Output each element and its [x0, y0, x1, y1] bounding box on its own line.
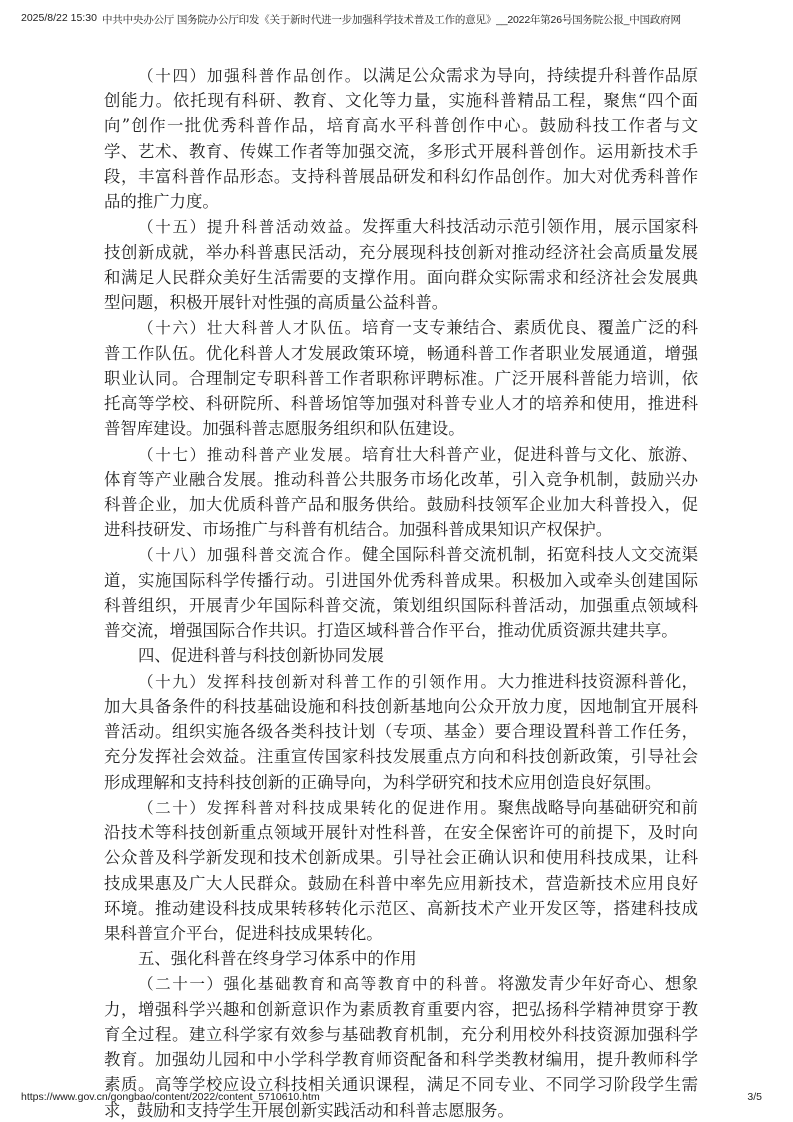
paragraph-line: 道，实施国际科学传播行动。引进国外优秀科普成果。积极加入或牵头创建国际 [104, 568, 698, 593]
paragraph-line: 科普企业，加大优质科普产品和服务供给。鼓励科技领军企业加大科普投入，促 [104, 492, 698, 517]
item-heading: （十五）提升科普活动效益。 [138, 218, 362, 236]
paragraph-first-line: （十七）推动科普产业发展。培育壮大科普产业，促进科普与文化、旅游、 [104, 442, 698, 467]
paragraph-line: 育全过程。建立科学家有效参与基础教育机制，充分利用校外科技资源加强科学 [104, 1022, 698, 1047]
paragraph-line: 品的推广力度。 [104, 189, 698, 214]
section-heading-4: 四、促进科普与科技创新协同发展 [104, 643, 698, 668]
paragraph-line: 职业认同。合理制定专职科普工作者职称评聘标准。广泛开展科普能力培训，依 [104, 366, 698, 391]
print-datetime: 2025/8/22 15:30 [21, 12, 97, 24]
paragraph-line: 普交流，增强国际合作共识。打造区域科普合作平台，推动优质资源共建共享。 [104, 618, 698, 643]
paragraph-line: 向”创作一批优秀科普作品，培育高水平科普创作中心。鼓励科技工作者与文 [104, 113, 698, 138]
item-heading: （十九）发挥科技创新对科普工作的引领作用。 [138, 673, 498, 691]
item-heading: （二十一）强化基础教育和高等教育中的科普。 [138, 975, 498, 993]
item-heading: （十六）壮大科普人才队伍。 [138, 319, 362, 337]
paragraph-line: 沿技术等科技创新重点领域开展针对性科普，在安全保密许可的前提下，及时向 [104, 820, 698, 845]
paragraph-line: 充分发挥社会效益。注重宣传国家科技发展重点方向和科技创新政策，引导社会 [104, 744, 698, 769]
paragraph-first-line: （十六）壮大科普人才队伍。培育一支专兼结合、素质优良、覆盖广泛的科 [104, 315, 698, 340]
paragraph-first-line: （十九）发挥科技创新对科普工作的引领作用。大力推进科技资源科普化， [104, 669, 698, 694]
paragraph-17: （十七）推动科普产业发展。培育壮大科普产业，促进科普与文化、旅游、 体育等产业融… [104, 442, 698, 543]
paragraph-line: 果科普宣介平台，促进科技成果转化。 [104, 921, 698, 946]
paragraph-line: 体育等产业融合发展。推动科普公共服务市场化改革，引入竞争机制，鼓励兴办 [104, 467, 698, 492]
paragraph-line: 进科技研发、市场推广与科普有机结合。加强科普成果知识产权保护。 [104, 517, 698, 542]
paragraph-14: （十四）加强科普作品创作。以满足公众需求为导向，持续提升科普作品原 创能力。依托… [104, 63, 698, 214]
paragraph-15: （十五）提升科普活动效益。发挥重大科技活动示范引领作用，展示国家科 技创新成就，… [104, 214, 698, 315]
section-heading-5: 五、强化科普在终身学习体系中的作用 [104, 946, 698, 971]
paragraph-20: （二十）发挥科普对科技成果转化的促进作用。聚焦战略导向基础研究和前 沿技术等科技… [104, 795, 698, 946]
paragraph-line: 普活动。组织实施各级各类科技计划（专项、基金）要合理设置科普工作任务， [104, 719, 698, 744]
paragraph-line: 技成果惠及广大人民群众。鼓励在科普中率先应用新技术，营造新技术应用良好 [104, 871, 698, 896]
item-heading: （十七）推动科普产业发展。 [138, 446, 362, 464]
paragraph-line: 和满足人民群众美好生活需要的支撑作用。面向群众实际需求和经济社会发展典 [104, 265, 698, 290]
paragraph-line: 普智库建设。加强科普志愿服务组织和队伍建设。 [104, 416, 698, 441]
paragraph-line: 形成理解和支持科技创新的正确导向，为科学研究和技术应用创造良好氛围。 [104, 770, 698, 795]
paragraph-line: 科普组织，开展青少年国际科普交流，策划组织国际科普活动，加强重点领域科 [104, 593, 698, 618]
print-header: 2025/8/22 15:30 中共中央办公厅 国务院办公厅印发《关于新时代进一… [0, 12, 793, 28]
paragraph-line: 托高等学校、科研院所、科普场馆等加强对科普专业人才的培养和使用，推进科 [104, 391, 698, 416]
paragraph-first-line: （十五）提升科普活动效益。发挥重大科技活动示范引领作用，展示国家科 [104, 214, 698, 239]
page-url: https://www.gov.cn/gongbao/content/2022/… [21, 1091, 320, 1103]
section-heading: 五、强化科普在终身学习体系中的作用 [104, 946, 698, 971]
paragraph-line: 加大具备条件的科技基础设施和科技创新基地向公众开放力度，因地制宜开展科 [104, 694, 698, 719]
item-heading: （二十）发挥科普对科技成果转化的促进作用。 [138, 799, 498, 817]
paragraph-line: 环境。推动建设科技成果转移转化示范区、高新技术产业开发区等，搭建科技成 [104, 896, 698, 921]
paragraph-16: （十六）壮大科普人才队伍。培育一支专兼结合、素质优良、覆盖广泛的科 普工作队伍。… [104, 315, 698, 441]
print-footer: https://www.gov.cn/gongbao/content/2022/… [0, 1091, 793, 1107]
page-title: 中共中央办公厅 国务院办公厅印发《关于新时代进一步加强科学技术普及工作的意见》_… [102, 12, 681, 27]
document-body: （十四）加强科普作品创作。以满足公众需求为导向，持续提升科普作品原 创能力。依托… [104, 63, 698, 1122]
item-heading: （十四）加强科普作品创作。 [138, 67, 362, 85]
paragraph-first-line: （十八）加强科普交流合作。健全国际科普交流机制，拓宽科技人文交流渠 [104, 542, 698, 567]
paragraph-line: 型问题，积极开展针对性强的高质量公益科普。 [104, 290, 698, 315]
paragraph-line: 学、艺术、教育、传媒工作者等加强交流，多形式开展科普创作。运用新技术手 [104, 139, 698, 164]
paragraph-first-line: （十四）加强科普作品创作。以满足公众需求为导向，持续提升科普作品原 [104, 63, 698, 88]
paragraph-first-line: （二十）发挥科普对科技成果转化的促进作用。聚焦战略导向基础研究和前 [104, 795, 698, 820]
paragraph-line: 创能力。依托现有科研、教育、文化等力量，实施科普精品工程，聚焦“四个面 [104, 88, 698, 113]
paragraph-line: 普工作队伍。优化科普人才发展政策环境，畅通科普工作者职业发展通道，增强 [104, 341, 698, 366]
page-number: 3/5 [747, 1091, 762, 1103]
section-heading: 四、促进科普与科技创新协同发展 [104, 643, 698, 668]
paragraph-18: （十八）加强科普交流合作。健全国际科普交流机制，拓宽科技人文交流渠 道，实施国际… [104, 542, 698, 643]
paragraph-line: 教育。加强幼儿园和中小学科学教育师资配备和科学类教材编用，提升教师科学 [104, 1047, 698, 1072]
paragraph-first-line: （二十一）强化基础教育和高等教育中的科普。将激发青少年好奇心、想象 [104, 971, 698, 996]
paragraph-line: 段，丰富科普作品形态。支持科普展品研发和科幻作品创作。加大对优秀科普作 [104, 164, 698, 189]
paragraph-line: 力，增强科学兴趣和创新意识作为素质教育重要内容，把弘扬科学精神贯穿于教 [104, 997, 698, 1022]
item-heading: （十八）加强科普交流合作。 [138, 546, 362, 564]
paragraph-19: （十九）发挥科技创新对科普工作的引领作用。大力推进科技资源科普化， 加大具备条件… [104, 669, 698, 795]
paragraph-line: 公众普及科学新发现和技术创新成果。引导社会正确认识和使用科技成果，让科 [104, 845, 698, 870]
paragraph-line: 技创新成就，举办科普惠民活动，充分展现科技创新对推动经济社会高质量发展 [104, 240, 698, 265]
